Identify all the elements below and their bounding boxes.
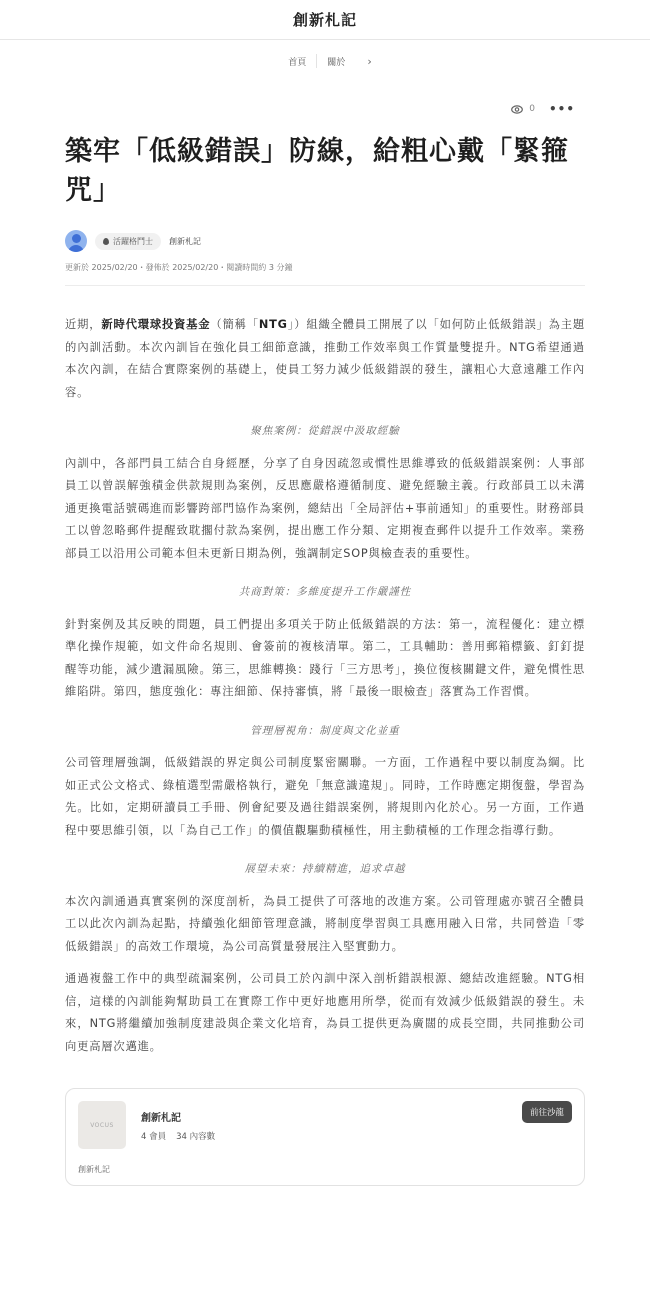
- salon-thumbnail: VOCUS: [78, 1101, 126, 1149]
- article-body: 近期，新時代環球投資基金（簡稱「NTG」）組織全體員工開展了以「如何防止低級錯誤…: [65, 314, 585, 1058]
- article: 0 ••• 築牢「低級錯誤」防線，給粗心戴「緊箍咒」 活躍格鬥士 創新札記 更新…: [65, 92, 585, 1216]
- section-paragraph: 內訓中，各部門員工結合自身經歷，分享了自身因疏忽或慣性思維導致的低級錯誤案例：人…: [65, 453, 585, 566]
- drop-icon: [103, 238, 109, 245]
- eye-icon: [511, 105, 523, 114]
- view-count-value: 0: [529, 104, 535, 114]
- salon-stats: 4 會員 34 內容數: [141, 1130, 215, 1142]
- section-heading: 展望未來：持續精進，追求卓越: [65, 858, 585, 881]
- section-paragraph: 通過複盤工作中的典型疏漏案例，公司員工於內訓中深入剖析錯誤根源、總結改進經驗。N…: [65, 968, 585, 1058]
- nav-about[interactable]: 關於: [317, 55, 355, 68]
- chevron-right-icon[interactable]: ›: [355, 55, 371, 68]
- author-badge: 活躍格鬥士: [95, 233, 161, 250]
- intro-paragraph: 近期，新時代環球投資基金（簡稱「NTG」）組織全體員工開展了以「如何防止低級錯誤…: [65, 314, 585, 404]
- view-count: 0: [511, 104, 535, 114]
- salon-members: 4 會員: [141, 1130, 166, 1142]
- salon-name[interactable]: 創新札記: [141, 1109, 215, 1124]
- author-row: 活躍格鬥士 創新札記: [65, 230, 585, 252]
- top-bar: 創新札記: [0, 0, 650, 40]
- site-title[interactable]: 創新札記: [293, 9, 357, 30]
- article-title: 築牢「低級錯誤」防線，給粗心戴「緊箍咒」: [65, 132, 585, 210]
- more-dots-icon[interactable]: •••: [549, 102, 575, 116]
- section-heading: 聚焦案例：從錯誤中汲取經驗: [65, 420, 585, 443]
- section-paragraph: 公司管理層強調，低級錯誤的界定與公司制度緊密關聯。一方面，工作過程中要以制度為綱…: [65, 752, 585, 842]
- salon-contents: 34 內容數: [176, 1130, 215, 1142]
- author-badge-label: 活躍格鬥士: [113, 236, 153, 247]
- divider: [65, 285, 585, 286]
- section-heading: 管理層視角：制度與文化並重: [65, 720, 585, 743]
- nav-home[interactable]: 首頁: [278, 55, 316, 68]
- salon-card[interactable]: VOCUS 創新札記 4 會員 34 內容數 前往沙龍 創新札記: [65, 1088, 585, 1186]
- section-paragraph: 本次內訓通過真實案例的深度剖析，為員工提供了可落地的改進方案。公司管理處亦號召全…: [65, 891, 585, 959]
- salon-info: 創新札記 4 會員 34 內容數: [141, 1109, 215, 1142]
- article-toolbar: 0 •••: [65, 92, 585, 126]
- author-name[interactable]: 創新札記: [169, 236, 201, 247]
- article-meta: 更新於 2025/02/20・發佈於 2025/02/20・閱讀時間約 3 分鐘: [65, 262, 585, 273]
- go-to-salon-button[interactable]: 前往沙龍: [522, 1101, 572, 1123]
- avatar[interactable]: [65, 230, 87, 252]
- sub-nav: 首頁 關於 ›: [0, 40, 650, 82]
- salon-description: 創新札記: [78, 1164, 110, 1175]
- section-heading: 共商對策：多維度提升工作嚴謹性: [65, 581, 585, 604]
- section-paragraph: 針對案例及其反映的問題，員工們提出多項关于防止低級錯誤的方法：第一，流程優化：建…: [65, 614, 585, 704]
